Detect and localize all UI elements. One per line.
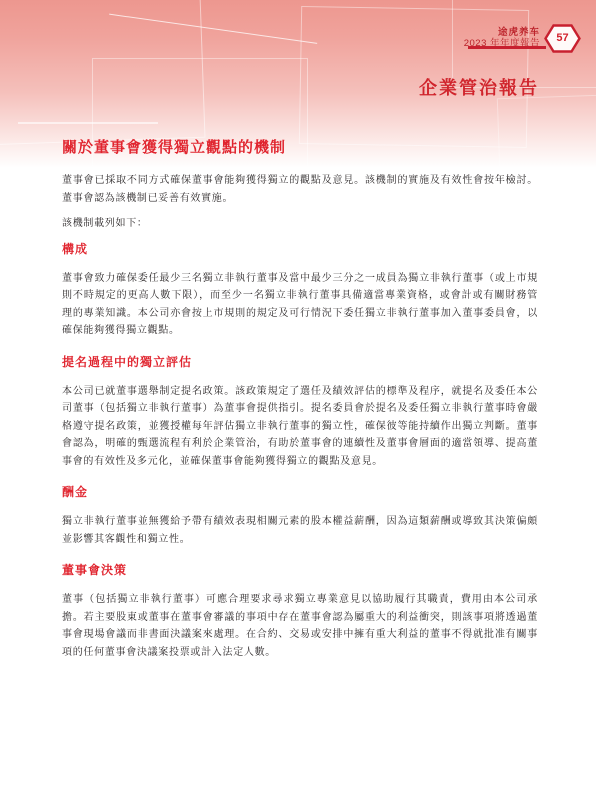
subsection-heading: 酬金 [62, 485, 538, 500]
lead-in-line: 該機制載列如下： [62, 215, 538, 233]
header-deco-line [101, 14, 317, 104]
chapter-title: 企業管治報告 [419, 74, 539, 100]
subsection-heading: 董事會決策 [62, 563, 538, 578]
report-page: 途虎养车 2023 年年度報告 57 企業管治報告 關於董事會獲得獨立觀點的機制… [0, 0, 596, 808]
subsection-body: 董事（包括獨立非執行董事）可應合理要求尋求獨立專業意見以協助履行其職責，費用由本… [62, 591, 538, 661]
section-composition: 構成 董事會致力確保委任最少三名獨立非執行董事及當中最少三分之一成員為獨立非執行… [62, 242, 538, 340]
subsection-body: 獨立非執行董事並無獲給予帶有績效表現相關元素的股本權益薪酬，因為這類薪酬或導致其… [62, 513, 538, 548]
header-rule [468, 46, 546, 49]
page-number-badge: 57 [544, 24, 581, 53]
section-title: 關於董事會獲得獨立觀點的機制 [62, 139, 538, 157]
header-deco-rect [0, 0, 205, 146]
page-content: 關於董事會獲得獨立觀點的機制 董事會已採取不同方式確保董事會能夠獲得獨立的觀點及… [62, 139, 538, 661]
header-deco-line [18, 122, 158, 124]
intro-paragraph: 董事會已採取不同方式確保董事會能夠獲得獨立的觀點及意見。該機制的實施及有效性會按… [62, 172, 538, 207]
page-number: 57 [544, 24, 581, 52]
section-nomination-assessment: 提名過程中的獨立評估 本公司已就董事選舉制定提名政策。該政策規定了選任及績效評估… [62, 355, 538, 471]
section-board-decision: 董事會決策 董事（包括獨立非執行董事）可應合理要求尋求獨立專業意見以協助履行其職… [62, 563, 538, 661]
subsection-heading: 提名過程中的獨立評估 [62, 355, 538, 370]
section-remuneration: 酬金 獨立非執行董事並無獲給予帶有績效表現相關元素的股本權益薪酬，因為這類薪酬或… [62, 485, 538, 548]
subsection-heading: 構成 [62, 242, 538, 257]
subsection-body: 本公司已就董事選舉制定提名政策。該政策規定了選任及績效評估的標準及程序，就提名及… [62, 383, 538, 471]
subsection-body: 董事會致力確保委任最少三名獨立非執行董事及當中最少三分之一成員為獨立非執行董事（… [62, 270, 538, 340]
